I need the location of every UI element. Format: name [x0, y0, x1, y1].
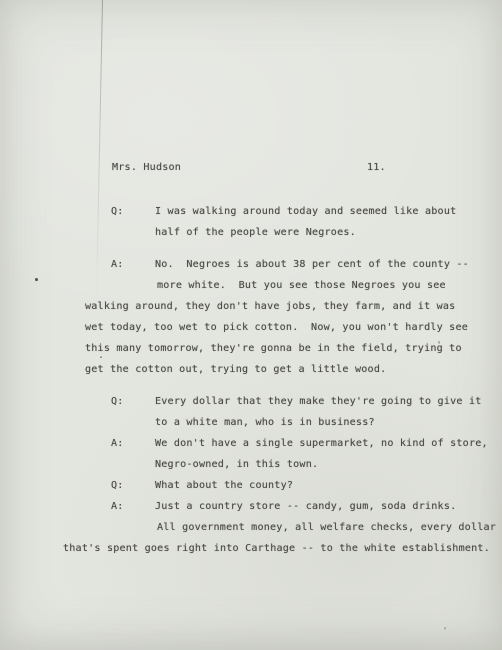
- ink-speck: [35, 278, 38, 281]
- photographed-document-page: Mrs. Hudson11.Q:I was walking around tod…: [0, 0, 502, 650]
- stray-tick-mark: ': [442, 626, 448, 637]
- header-page-number: 11.: [367, 162, 386, 173]
- text-line: Every dollar that they make they're goin…: [155, 396, 482, 407]
- speaker-label: Q:: [111, 396, 124, 407]
- speaker-label: Q:: [111, 206, 124, 217]
- text-line: We don't have a single supermarket, no k…: [155, 438, 488, 449]
- speaker-label: A:: [111, 501, 124, 512]
- text-line: to a white man, who is in business?: [155, 417, 375, 428]
- text-line: walking around, they don't have jobs, th…: [85, 301, 455, 312]
- text-line: All government money, all welfare checks…: [157, 522, 496, 533]
- text-line: What about the county?: [155, 480, 293, 491]
- text-line: No. Negroes is about 38 per cent of the …: [155, 259, 469, 270]
- text-line: Negro-owned, in this town.: [155, 459, 318, 470]
- text-line: half of the people were Negroes.: [155, 227, 356, 238]
- text-line: this many tomorrow, they're gonna be in …: [85, 343, 462, 354]
- header-interviewee: Mrs. Hudson: [112, 162, 181, 173]
- speaker-label: Q:: [111, 480, 124, 491]
- stray-dot-mark: .: [98, 350, 104, 361]
- text-line: that's spent goes right into Carthage --…: [63, 543, 490, 554]
- stray-apostrophe-mark: ': [436, 340, 442, 351]
- text-line: I was walking around today and seemed li…: [155, 206, 456, 217]
- text-line: more white. But you see those Negroes yo…: [157, 280, 446, 291]
- paper-crease-line: [96, 0, 103, 300]
- text-line: get the cotton out, trying to get a litt…: [85, 364, 386, 375]
- speaker-label: A:: [111, 259, 124, 270]
- text-line: Just a country store -- candy, gum, soda…: [155, 501, 456, 512]
- text-line: wet today, too wet to pick cotton. Now, …: [85, 322, 468, 333]
- speaker-label: A:: [111, 438, 124, 449]
